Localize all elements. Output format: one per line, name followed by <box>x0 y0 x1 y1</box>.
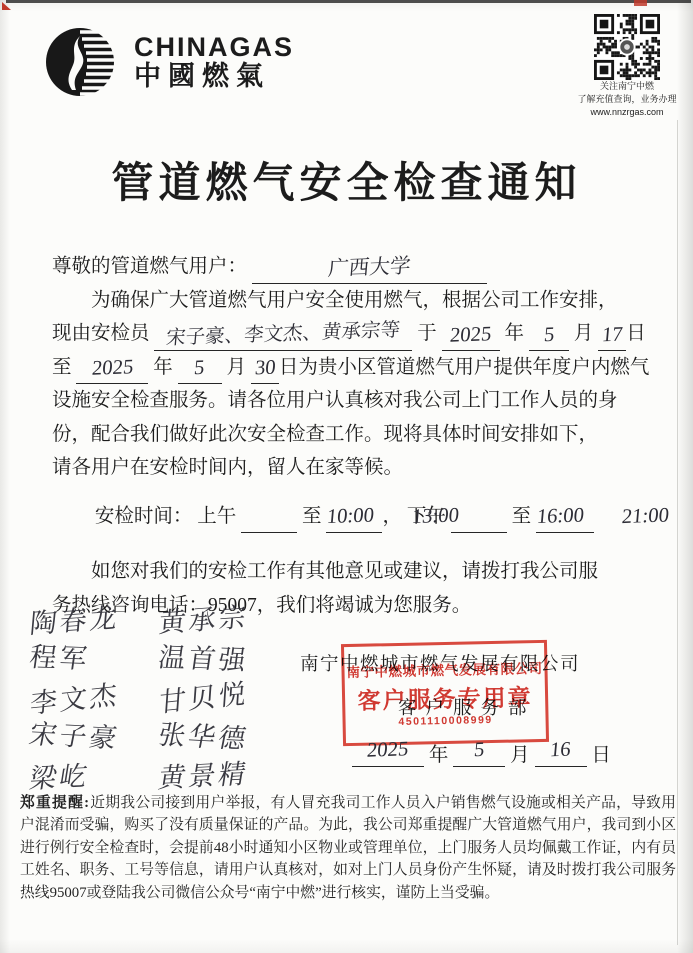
body-line-3: 现由安检员 宋子豪、李文杰、黄承宗等 于 2025 年 5 月 17日 <box>52 317 652 351</box>
chinagas-logo: CHINAGAS 中國燃氣 <box>42 22 294 102</box>
signature: 张华德 <box>155 713 252 756</box>
inspectors-blank: 宋子豪、李文杰、黄承宗等 <box>154 322 412 351</box>
date-year-blank: 2025 <box>352 736 424 767</box>
body-line-2: 为确保广大管道燃气用户安全使用燃气，根据公司工作安排， <box>52 284 652 318</box>
stamp-company-name: 南宁中燃城市燃气发展有限公司 <box>346 657 542 681</box>
scanned-notice-page: CHINAGAS 中國燃氣 关注南宁中燃 了解充值查询，业务办理 www.nnz… <box>0 0 693 953</box>
date-day-unit: 日 <box>591 745 611 766</box>
inspectors-prefix: 现由安检员 <box>52 323 150 344</box>
yu-char: 于 <box>417 323 437 344</box>
from-year-handwritten: 2025 <box>449 321 493 349</box>
schedule-line: 安检时间： 上午 10:00 至 13:00， 下午 16:00 至 21:00 <box>52 500 652 534</box>
to-year-handwritten: 2025 <box>91 354 135 382</box>
line4-rest: 日为贵小区管道燃气用户提供年度户内燃气 <box>279 357 650 378</box>
body-line-5: 设施安全检查服务。请各位用户认真核对我公司上门工作人员的身 <box>52 384 652 418</box>
date-day-blank: 16 <box>535 736 587 767</box>
qr-caption-line2: 了解充值查询，业务办理 <box>566 93 688 106</box>
afternoon-end-handwritten: 21:00 <box>578 502 670 531</box>
body-line-7: 请各用户在安检时间内，留人在家等候。 <box>52 451 652 485</box>
red-corner-mark-left <box>2 2 11 10</box>
from-day-handwritten: 17 <box>601 321 624 348</box>
to-day-handwritten: 30 <box>253 355 276 382</box>
signature: 梁屹 <box>27 751 148 796</box>
year-unit: 年 <box>505 323 525 344</box>
morning-start-handwritten: 10:00 <box>283 502 375 531</box>
signature: 宋子豪 <box>26 712 148 757</box>
qr-code-icon <box>566 14 688 80</box>
feedback-line-1: 如您对我们的安检工作有其他意见或建议，请拨打我公司服 <box>52 555 652 589</box>
qr-caption-line3: www.nnzrgas.com <box>566 106 688 119</box>
stamp-code: 4501110008999 <box>398 714 492 728</box>
footer-warning-label: 郑重提醒: <box>20 795 90 811</box>
notice-body: 尊敬的管道燃气用户： 广西大学 为确保广大管道燃气用户安全使用燃气，根据公司工作… <box>52 250 652 622</box>
from-day-blank: 17 <box>598 322 626 351</box>
body-line-4: 至 2025 年 5 月 30日为贵小区管道燃气用户提供年度户内燃气 <box>52 351 652 385</box>
qr-caption-line1: 关注南宁中燃 <box>566 80 688 93</box>
to-day-blank: 30 <box>251 355 279 384</box>
month-unit2: 月 <box>227 357 247 378</box>
footer-warning-text: 近期我公司接到用户举报，有人冒充我司工作人员入户销售燃气设施或相关产品，导致用户… <box>20 795 676 901</box>
inspectors-handwritten: 宋子豪、李文杰、黄承宗等 <box>165 317 401 351</box>
scan-edge-top <box>6 0 691 3</box>
date-month-blank: 5 <box>453 736 505 767</box>
date-month-unit: 月 <box>510 745 530 766</box>
signature: 陶春龙 <box>28 594 146 641</box>
body-line-6: 份，配合我们做好此次安全检查工作。现将具体时间安排如下， <box>52 418 652 452</box>
date-year-unit: 年 <box>429 745 449 766</box>
customer-name-blank: 广西大学 <box>252 255 487 284</box>
month-unit: 月 <box>574 323 594 344</box>
from-month-handwritten: 5 <box>543 321 556 347</box>
footer-warning: 郑重提醒:近期我公司接到用户举报，有人冒充我司工作人员入户销售燃气设施或相关产品… <box>20 792 676 904</box>
date-day-handwritten: 16 <box>549 736 572 765</box>
logo-wordmark: CHINAGAS 中國燃氣 <box>134 33 294 91</box>
customer-name-handwritten: 广西大学 <box>327 253 412 282</box>
signature: 黄承宗 <box>157 595 250 641</box>
red-corner-mark-right <box>634 0 647 6</box>
morning-label: 上午 <box>197 506 236 527</box>
qr-block: 关注南宁中燃 了解充值查询，业务办理 www.nnzrgas.com <box>566 14 688 119</box>
date-year-handwritten: 2025 <box>366 735 410 765</box>
schedule-label: 安检时间： <box>95 506 193 527</box>
morning-end-handwritten: 13:00 <box>368 502 460 531</box>
signature: 黄景精 <box>156 751 252 795</box>
zhi-char: 至 <box>52 357 72 378</box>
day-unit: 日 <box>626 323 646 344</box>
from-month-blank: 5 <box>529 322 569 351</box>
notice-title: 管道燃气安全检查通知 <box>0 150 693 210</box>
logo-text-cn: 中國燃氣 <box>134 62 294 91</box>
from-year-blank: 2025 <box>442 322 500 351</box>
stamp-title: 客户服务专用章 <box>357 679 533 716</box>
to-month-blank: 5 <box>178 355 222 384</box>
year-unit2: 年 <box>153 357 173 378</box>
issue-date-line: 2025 年 5 月 16 日 <box>352 736 611 767</box>
salutation-line: 尊敬的管道燃气用户： 广西大学 <box>52 250 652 284</box>
to-month-handwritten: 5 <box>193 355 206 381</box>
company-block: 南宁中燃城市燃气发展有限公司 客户服务部 南宁中燃城市燃气发展有限公司 客户服务… <box>300 650 645 720</box>
date-month-handwritten: 5 <box>473 736 486 764</box>
chinagas-logo-icon <box>42 22 122 102</box>
salutation-label: 尊敬的管道燃气用户： <box>52 256 247 277</box>
to-year-blank: 2025 <box>76 355 148 384</box>
signature: 温首强 <box>156 636 251 678</box>
inspector-signatures: 陶春龙 黄承宗 程军 温首强 李文杰 甘贝悦 宋子豪 张华德 梁屹 黄景精 <box>30 598 320 793</box>
scan-edge-right <box>677 120 679 945</box>
company-stamp: 南宁中燃城市燃气发展有限公司 客户服务专用章 4501110008999 <box>341 640 549 746</box>
afternoon-start-handwritten: 16:00 <box>492 502 584 531</box>
morning-start-blank: 10:00 <box>241 504 297 533</box>
logo-text-en: CHINAGAS <box>134 33 294 62</box>
